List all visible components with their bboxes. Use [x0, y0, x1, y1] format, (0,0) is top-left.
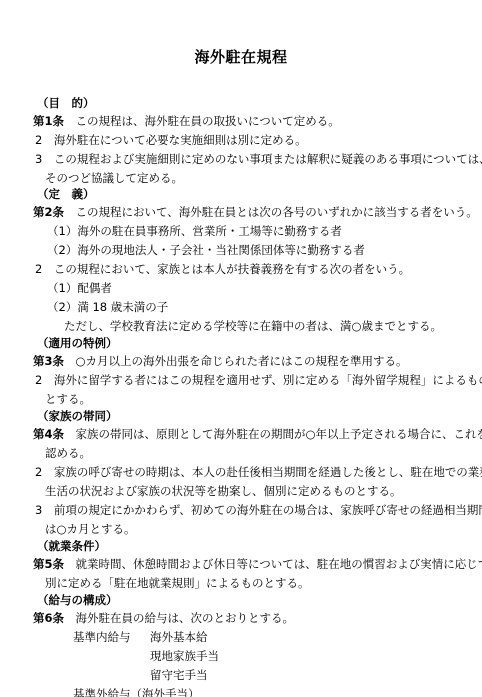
- salary-item: 留守宅手当: [150, 667, 208, 683]
- article-label: 第2条: [33, 205, 64, 219]
- section-heading-family-accompaniment: （家族の帯同）: [37, 408, 118, 424]
- article-6: 第6条 海外駐在員の給与は、次のとおりとする。: [33, 610, 294, 626]
- article-text: この規程において、海外駐在員とは次の各号のいずれかに該当する者をいう。: [76, 205, 478, 219]
- section-heading-salary-structure: （給与の構成）: [37, 592, 118, 608]
- paragraph: 2 家族の呼び寄せの時期は、本人の赴任後相当期間を経過した後とし、駐在地での業務…: [35, 464, 482, 480]
- article-label: 第3条: [33, 354, 64, 368]
- paragraph-continuation: 生活の状況および家族の状況等を勘案し、個別に定めるものとする。: [45, 483, 402, 499]
- section-heading-purpose: （目 的）: [37, 95, 95, 111]
- paragraph-continuation: そのつど協議して定める。: [45, 170, 183, 186]
- paragraph-continuation: 別に定める「駐在地就業規則」によるものとする。: [45, 575, 310, 591]
- article-1: 第1条 この規程は、海外駐在員の取扱いについて定める。: [33, 113, 340, 129]
- salary-item: 現地家族手当: [150, 648, 219, 664]
- section-heading-special-application: （適用の特例）: [37, 335, 118, 351]
- list-item: （2）満 18 歳未満の子: [47, 299, 168, 315]
- section-heading-definition: （定 義）: [37, 186, 95, 202]
- article-label: 第6条: [33, 611, 64, 625]
- article-text: 海外駐在員の給与は、次のとおりとする。: [76, 611, 295, 625]
- article-label: 第1条: [33, 114, 64, 128]
- salary-item: 海外基本給: [150, 629, 208, 645]
- list-item: （1）配偶者: [47, 280, 112, 296]
- paragraph-continuation: 認める。: [45, 445, 91, 461]
- paragraph-continuation: とする。: [45, 391, 91, 407]
- salary-category: 基準内給与: [73, 629, 131, 645]
- article-text: 就業時間、休憩時間および休日等については、駐在地の慣習および実情に応じて: [76, 557, 482, 571]
- paragraph: 3 前項の規定にかかわらず、初めての海外駐在の場合は、家族呼び寄せの経過相当期間: [35, 502, 482, 518]
- list-item: （1）海外の駐在員事務所、営業所・工場等に勤務する者: [47, 223, 342, 239]
- salary-category: 基準外給与（海外手当）: [73, 686, 200, 697]
- article-5: 第5条 就業時間、休憩時間および休日等については、駐在地の慣習および実情に応じて: [33, 556, 482, 572]
- article-4: 第4条 家族の帯同は、原則として海外駐在の期間が○年以上予定される場合に、これを: [33, 426, 482, 442]
- article-text: 家族の帯同は、原則として海外駐在の期間が○年以上予定される場合に、これを: [76, 427, 482, 441]
- paragraph-continuation: は○カ月とする。: [45, 521, 136, 537]
- paragraph: 3 この規程および実施細則に定めのない事項または解釈に疑義のある事項については、: [35, 151, 482, 167]
- document-title: 海外駐在規程: [0, 46, 482, 67]
- article-3: 第3条 ○カ月以上の海外出張を命じられた者にはこの規程を準用する。: [33, 353, 408, 369]
- article-label: 第5条: [33, 557, 64, 571]
- paragraph: 2 海外駐在について必要な実施細則は別に定める。: [35, 132, 307, 148]
- list-item: （2）海外の現地法人・子会社・当社関係団体等に勤務する者: [47, 242, 365, 258]
- article-text: ○カ月以上の海外出張を命じられた者にはこの規程を準用する。: [76, 354, 408, 368]
- article-label: 第4条: [33, 427, 64, 441]
- paragraph: 2 海外に留学する者にはこの規程を適用せず、別に定める「海外留学規程」によるもの: [35, 372, 482, 388]
- list-subitem: ただし、学校教育法に定める学校等に在籍中の者は、満○歳までとする。: [64, 318, 442, 334]
- article-2: 第2条 この規程において、海外駐在員とは次の各号のいずれかに該当する者をいう。: [33, 204, 478, 220]
- section-heading-working-conditions: （就業条件）: [37, 538, 106, 554]
- paragraph: 2 この規程において、家族とは本人が扶養義務を有する次の者をいう。: [35, 261, 410, 277]
- article-text: この規程は、海外駐在員の取扱いについて定める。: [76, 114, 340, 128]
